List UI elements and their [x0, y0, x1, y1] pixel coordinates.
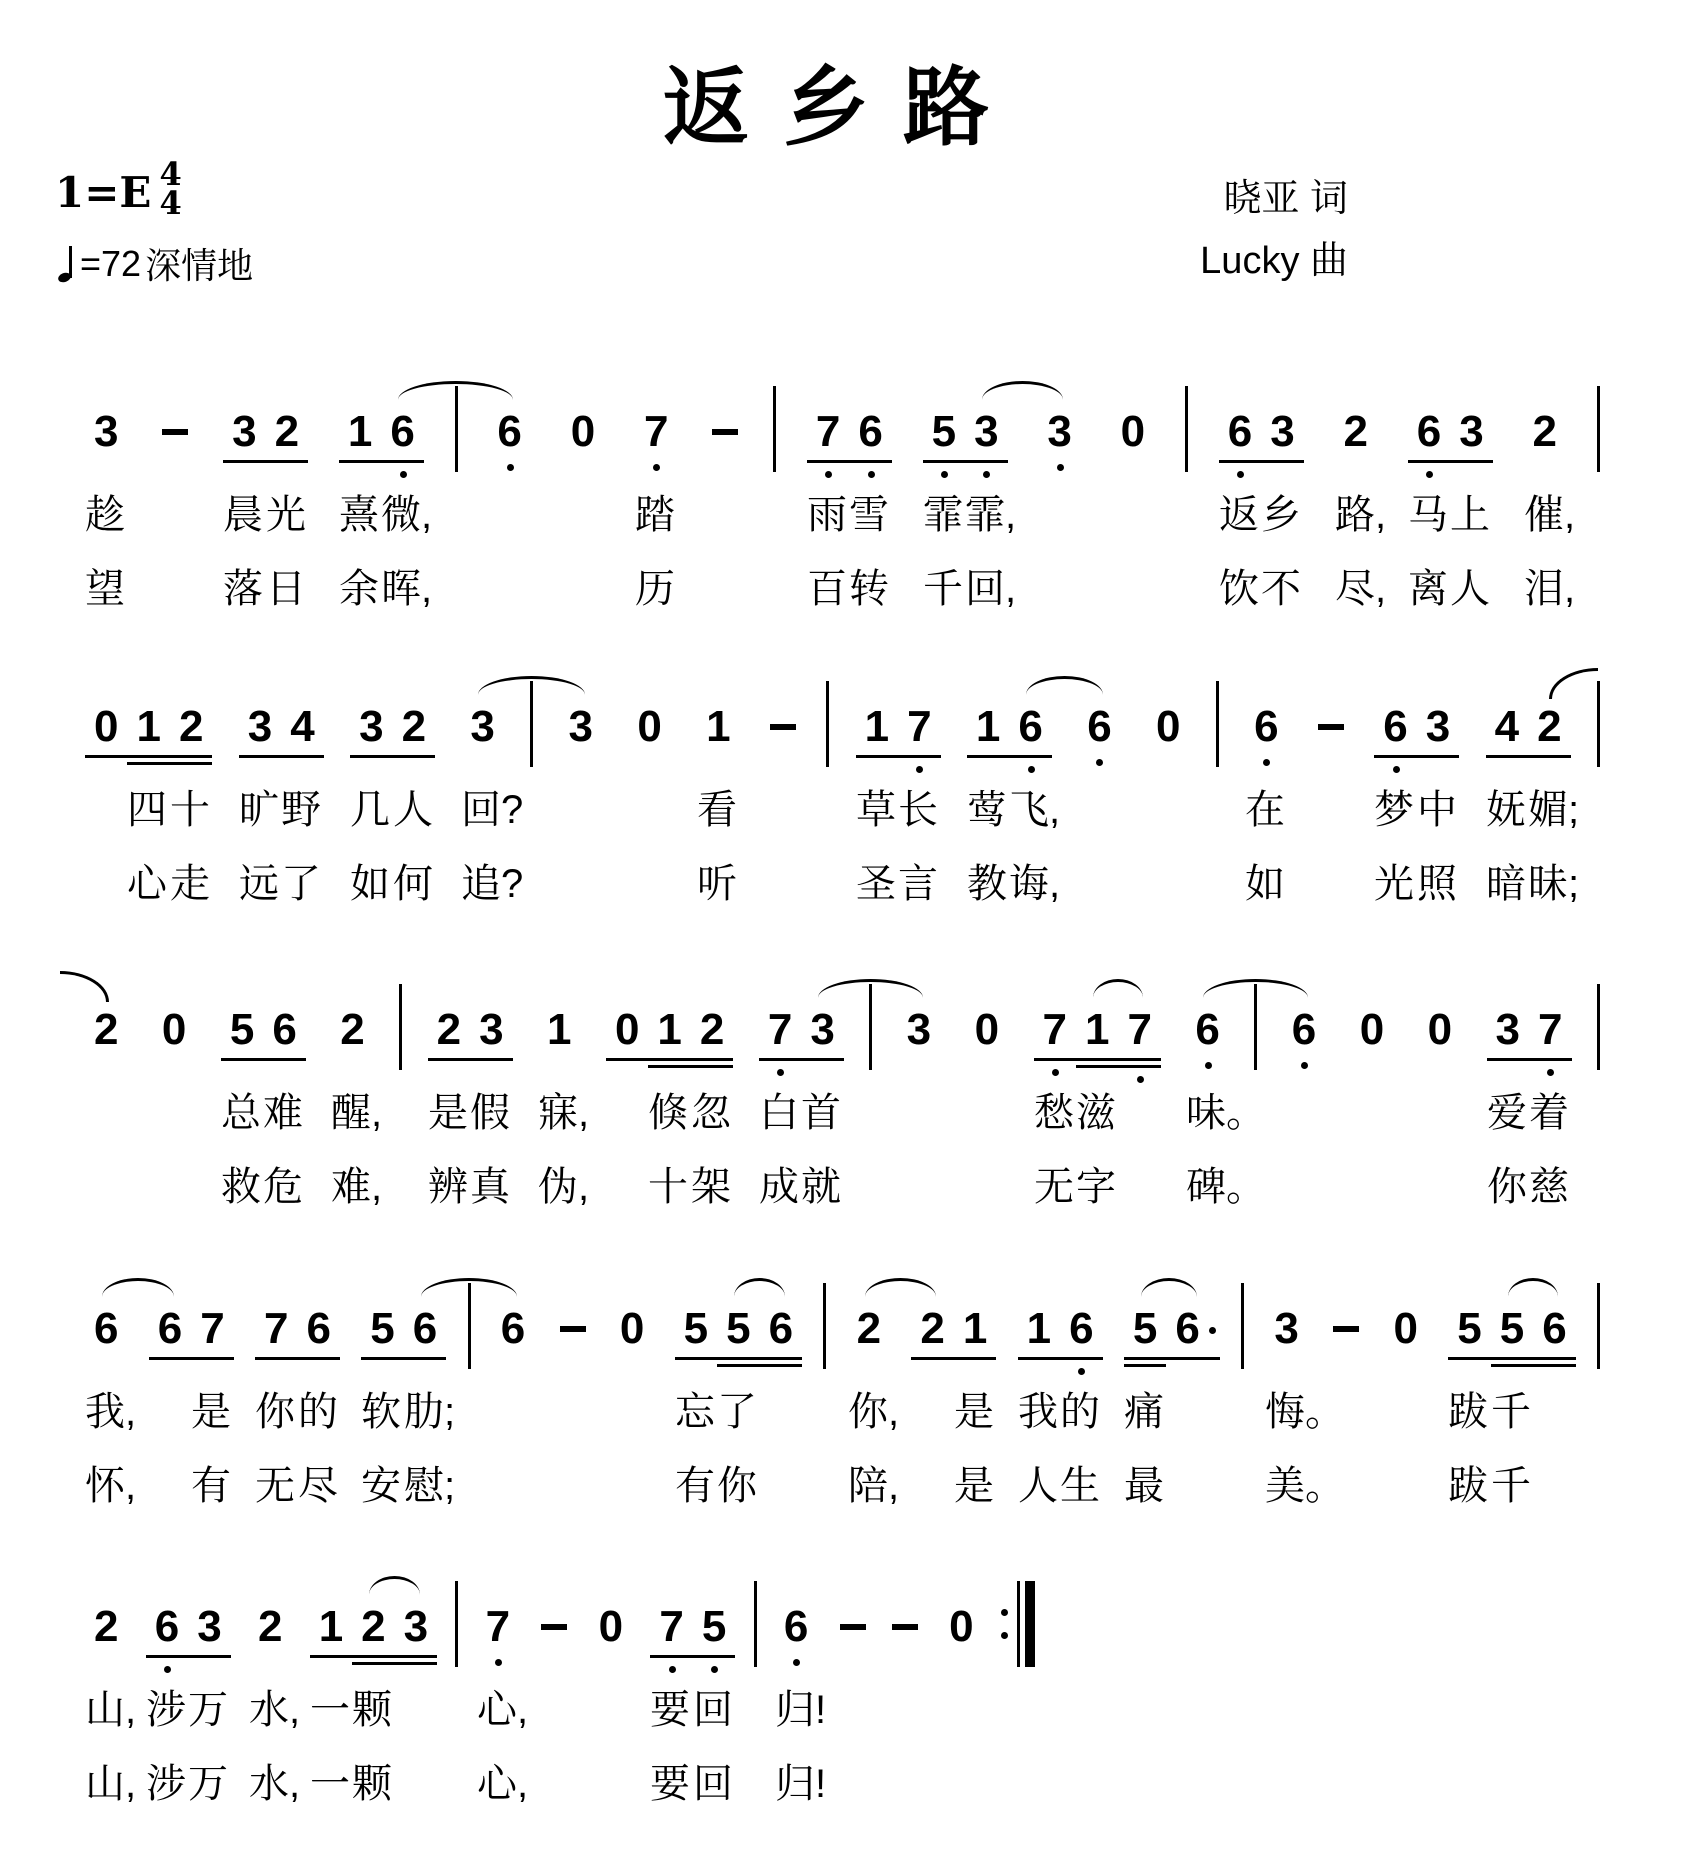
beam-underline — [223, 460, 265, 463]
slur-arc — [1508, 1278, 1558, 1307]
note-digit: 0 — [94, 702, 118, 751]
lyric-syllable-verse2: 无 — [255, 1454, 295, 1511]
lyric-syllable-verse2: 慈 — [1529, 1155, 1569, 1212]
music-system: 667765660556221165630556我,怀,是有你无的尽软安肋;慰;… — [85, 1260, 1600, 1560]
note-cell: 5 — [1124, 1305, 1166, 1353]
note-digit: 6 — [1383, 702, 1407, 751]
beam-underline — [1533, 1364, 1575, 1367]
note-cell: 6 — [1186, 1006, 1228, 1054]
note-digit: 1 — [865, 702, 889, 751]
note-digit: 3 — [1459, 407, 1483, 456]
lyric-syllable-verse2: 心 — [127, 852, 167, 909]
lyric-syllable-verse1: 微, — [381, 483, 432, 540]
lyric-syllable-verse2: 难, — [331, 1155, 382, 1212]
note-cell: 2 — [85, 1006, 127, 1054]
slur-arc — [1093, 979, 1143, 1008]
beam-group: 63 — [146, 1603, 231, 1651]
beam-group: 23 — [428, 1006, 513, 1054]
beam-underline — [760, 1364, 802, 1367]
lyric-syllable-verse1: 晨 — [223, 483, 263, 540]
lyric-syllable-verse1: 你 — [255, 1380, 295, 1437]
note-cell: 0 — [606, 1006, 648, 1054]
note-digit: 2 — [1344, 407, 1368, 456]
low-octave-dot — [1052, 1069, 1059, 1076]
lyric-syllable-verse2: 教 — [967, 852, 1007, 909]
note-cell: 0 — [1384, 1305, 1426, 1353]
note-cell: 6 — [1533, 1305, 1575, 1353]
lyric-syllable-verse1: 归! — [775, 1678, 826, 1735]
beam-underline — [1076, 1058, 1118, 1061]
note-cell: 2 — [428, 1006, 470, 1054]
note-digit: 1 — [1027, 1304, 1051, 1353]
note-cell: 2 — [170, 703, 212, 751]
note-digit: 3 — [1047, 407, 1071, 456]
note-digit: 3 — [1274, 1304, 1298, 1353]
note-row: 205622310127330717660037 — [85, 1006, 1600, 1084]
beam-group: 16 — [339, 408, 424, 456]
note-digit: 2 — [700, 1005, 724, 1054]
lyric-syllable-verse2: 归! — [775, 1752, 826, 1809]
note-cell: 6 — [146, 1603, 188, 1651]
note-cell: 3 — [85, 408, 127, 456]
repeat-end-barline — [1001, 1581, 1035, 1667]
note-digit: 1 — [1085, 1005, 1109, 1054]
lyric-syllable-verse2: 陪, — [848, 1454, 899, 1511]
low-octave-dot — [400, 471, 407, 478]
note-digit: 3 — [404, 1602, 428, 1651]
lyric-syllable-verse1: 千 — [1491, 1380, 1531, 1437]
lyric-syllable-verse2: 听 — [697, 852, 737, 909]
lyric-syllable-verse2: 真 — [470, 1155, 510, 1212]
note-cell: 3 — [801, 1006, 843, 1054]
meter-denominator: 4 — [159, 189, 181, 218]
beam-underline — [1374, 755, 1416, 758]
composer: Lucky 曲 — [1200, 230, 1348, 292]
lyric-syllable-verse2: 涉 — [146, 1752, 186, 1809]
beam-underline — [923, 460, 965, 463]
slur-arc — [1141, 1278, 1197, 1307]
barline — [773, 386, 776, 472]
note-cell: 6 — [492, 1305, 534, 1353]
barline — [455, 1581, 458, 1667]
lyric-syllable-verse2: 千 — [1491, 1454, 1531, 1511]
duration-dash — [888, 1603, 922, 1630]
note-cell: 2 — [331, 1006, 373, 1054]
note-digit: 3 — [569, 702, 593, 751]
beam-underline — [127, 762, 169, 765]
beam-underline — [1219, 460, 1261, 463]
barline — [1241, 1283, 1244, 1369]
note-digit: 2 — [94, 1005, 118, 1054]
lyric-syllable-verse2: 要 — [650, 1752, 690, 1809]
lyric-syllable-verse2: 回, — [965, 557, 1016, 614]
note-digit: 1 — [319, 1602, 343, 1651]
beam-underline — [1491, 1357, 1533, 1360]
note-cell: 7 — [477, 1603, 519, 1651]
beam-underline — [127, 755, 169, 758]
note-cell: 0 — [611, 1305, 653, 1353]
note-cell: 1 — [856, 703, 898, 751]
lyric-syllable-verse1: 忘 — [675, 1380, 715, 1437]
note-cell: 5 — [1448, 1305, 1490, 1353]
note-digit: 3 — [974, 407, 998, 456]
note-cell: 1 — [310, 1603, 352, 1651]
note-digit: 2 — [179, 702, 203, 751]
low-octave-dot — [793, 1659, 800, 1666]
note-cell: 5 — [675, 1305, 717, 1353]
note-digit: 6 — [1087, 702, 1111, 751]
note-digit: 1 — [963, 1304, 987, 1353]
lyric-syllable-verse2: 碑。 — [1186, 1155, 1266, 1212]
note-cell: 2 — [691, 1006, 733, 1054]
note-cell: 0 — [940, 1603, 982, 1651]
lyric-syllable-verse1: 雨 — [807, 483, 847, 540]
slur-arc — [818, 979, 923, 1008]
note-cell: 0 — [153, 1006, 195, 1054]
lyric-syllable-verse1: 难 — [263, 1081, 303, 1138]
note-digit: 6 — [1254, 702, 1278, 751]
beam-underline — [1166, 1357, 1219, 1360]
note-cell: 7 — [1118, 1006, 1160, 1054]
barline — [1597, 984, 1600, 1070]
beam-underline — [1448, 1357, 1490, 1360]
note-cell: 3 — [1450, 408, 1492, 456]
note-cell: 6 — [1009, 703, 1051, 751]
note-cell: 1 — [648, 1006, 690, 1054]
note-cell: 3 — [188, 1603, 230, 1651]
beam-underline — [675, 1357, 717, 1360]
note-digit: 6 — [769, 1304, 793, 1353]
note-digit: 3 — [470, 702, 494, 751]
beam-underline — [801, 1058, 843, 1061]
low-octave-dot — [1393, 766, 1400, 773]
lyric-syllable-verse1: 中 — [1417, 778, 1457, 835]
note-cell: 1 — [967, 703, 1009, 751]
lyric-syllable-verse1: 上 — [1450, 483, 1490, 540]
beam-underline — [191, 1357, 233, 1360]
lyric-syllable-verse2: 不 — [1261, 557, 1301, 614]
beam-underline — [1533, 1357, 1575, 1360]
lyric-syllable-verse1: 软 — [361, 1380, 401, 1437]
note-cell: 7 — [191, 1305, 233, 1353]
lyric-syllable-verse2: 转 — [849, 557, 889, 614]
slur-arc — [398, 381, 513, 410]
note-digit: 6 — [1292, 1005, 1316, 1054]
lyric-syllable-verse1: 霏 — [923, 483, 963, 540]
note-cell: 5 — [361, 1305, 403, 1353]
note-cell: 3 — [965, 408, 1007, 456]
note-digit: 6 — [1195, 1005, 1219, 1054]
note-cell: 0 — [1112, 408, 1154, 456]
note-digit: 7 — [768, 1005, 792, 1054]
lyric-syllable-verse1: 返 — [1219, 483, 1259, 540]
tie-continuation-out — [1549, 668, 1598, 699]
beam-group: 34 — [239, 703, 324, 751]
beam-group: 63 — [1374, 703, 1459, 751]
beam-underline — [759, 1058, 801, 1061]
lyric-syllable-verse1: 涉 — [146, 1678, 186, 1735]
beam-underline — [266, 460, 308, 463]
beam-group: 123 — [310, 1603, 437, 1651]
lyric-syllable-verse1: 莺 — [967, 778, 1007, 835]
note-cell: 5 — [221, 1006, 263, 1054]
beam-underline — [1487, 1058, 1529, 1061]
lyric-syllable-verse1: 水, — [249, 1678, 300, 1735]
note-cell: 2 — [352, 1603, 394, 1651]
note-cell: 2 — [266, 408, 308, 456]
lyricist: 晓亚 词 — [1200, 168, 1348, 230]
low-octave-dot — [1137, 1076, 1144, 1083]
beam-underline — [691, 1065, 733, 1068]
beam-group: 76 — [807, 408, 892, 456]
note-digit: 0 — [1156, 702, 1180, 751]
slur-arc — [478, 676, 585, 705]
beam-underline — [954, 1357, 996, 1360]
lyric-syllable-verse1: 颗 — [352, 1678, 392, 1735]
note-cell: 3 — [898, 1006, 940, 1054]
note-cell: 7 — [635, 408, 677, 456]
lyric-syllable-verse1: 的 — [298, 1380, 338, 1437]
beam-group: 63 — [1408, 408, 1493, 456]
note-cell: 6 — [1166, 1305, 1219, 1353]
note-cell: 7 — [1034, 1006, 1076, 1054]
lyric-syllable-verse2: 离 — [1408, 557, 1448, 614]
expression-text: 深情地 — [145, 238, 253, 289]
lyric-syllable-verse1: 踏 — [635, 483, 675, 540]
tie-continuation-in — [60, 971, 109, 1002]
note-digit: 1 — [976, 702, 1000, 751]
note-digit: 2 — [94, 1602, 118, 1651]
low-octave-dot — [1547, 1069, 1554, 1076]
note-digit: 6 — [1018, 702, 1042, 751]
note-digit: 6 — [307, 1304, 331, 1353]
beam-underline — [849, 460, 891, 463]
slur-arc — [1203, 979, 1308, 1008]
slur-arc — [369, 1576, 420, 1605]
lyric-syllable-verse1: 催, — [1524, 483, 1575, 540]
note-cell: 3 — [1487, 1006, 1529, 1054]
note-cell: 3 — [239, 703, 281, 751]
beam-group: 42 — [1486, 703, 1571, 751]
beam-group: 53 — [923, 408, 1008, 456]
note-digit: 2 — [258, 1602, 282, 1651]
lyric-syllable-verse2: 危 — [263, 1155, 303, 1212]
note-cell: 1 — [1018, 1305, 1060, 1353]
note-digit: 3 — [1426, 702, 1450, 751]
beam-group: 56 — [361, 1305, 446, 1353]
low-octave-dot — [507, 464, 514, 471]
beam-underline — [807, 460, 849, 463]
barline — [1597, 386, 1600, 472]
tempo-value: =72 — [80, 243, 141, 285]
beam-group: 56 — [221, 1006, 306, 1054]
note-digit: 1 — [136, 702, 160, 751]
note-digit: 0 — [637, 702, 661, 751]
barline — [399, 984, 402, 1070]
lyric-syllable-verse2: 追? — [461, 852, 523, 909]
note-digit: 6 — [155, 1602, 179, 1651]
beam-underline — [170, 762, 212, 765]
lyric-syllable-verse2: 泪, — [1524, 557, 1575, 614]
note-cell: 0 — [1419, 1006, 1461, 1054]
note-digit: 5 — [684, 1304, 708, 1353]
lyric-syllable-verse1: 寐, — [538, 1081, 589, 1138]
note-digit: 5 — [1457, 1304, 1481, 1353]
lyric-syllable-verse1: 是 — [954, 1380, 994, 1437]
note-digit: 6 — [94, 1304, 118, 1353]
duration-dash — [1314, 703, 1348, 730]
beam-underline — [255, 1357, 297, 1360]
music-system: 205622310127330717660037总救难危醒,难,是辨假真寐,伪,… — [85, 961, 1600, 1261]
note-digit: 0 — [615, 1005, 639, 1054]
lyric-syllable-verse1: 我, — [85, 1380, 136, 1437]
note-cell: 5 — [1491, 1305, 1533, 1353]
song-title: 返乡路 — [0, 38, 1686, 162]
lyric-syllable-verse1: 路, — [1335, 483, 1386, 540]
note-digit: 7 — [1043, 1005, 1067, 1054]
lyric-syllable-verse1: 媚; — [1528, 778, 1579, 835]
repeat-dot — [1001, 1632, 1008, 1639]
barline — [1216, 681, 1219, 767]
note-digit: 5 — [932, 407, 956, 456]
note-digit: 0 — [1428, 1005, 1452, 1054]
note-digit: 0 — [620, 1304, 644, 1353]
beam-group: 75 — [650, 1603, 735, 1651]
note-cell: 0 — [562, 408, 604, 456]
beam-underline — [428, 1058, 470, 1061]
beam-underline — [1009, 755, 1051, 758]
beam-underline — [1118, 1058, 1160, 1061]
lyric-syllable-verse1: 倏 — [648, 1081, 688, 1138]
lyric-syllable-verse2: 百 — [807, 557, 847, 614]
barline — [1185, 386, 1188, 472]
music-system: 2632123707560山,山,涉涉万万水,水,一一颗颗心,心,要要回回归!归… — [85, 1558, 1035, 1852]
duration-dash — [708, 408, 742, 435]
lyric-syllable-verse2: 历 — [635, 557, 675, 614]
note-cell: 6 — [1408, 408, 1450, 456]
lyric-syllable-verse1: 的 — [1060, 1380, 1100, 1437]
note-digit: 3 — [197, 1602, 221, 1651]
note-digit: 3 — [907, 1005, 931, 1054]
credits: 晓亚 词 Lucky 曲 — [1200, 168, 1348, 292]
note-cell: 0 — [1351, 1006, 1393, 1054]
note-cell: 6 — [1245, 703, 1287, 751]
beam-underline — [395, 1655, 437, 1658]
note-cell: 2 — [1528, 703, 1570, 751]
low-octave-dot — [495, 1659, 502, 1666]
beam-underline — [310, 1655, 352, 1658]
beam-underline — [188, 1655, 230, 1658]
beam-group: 556 — [1448, 1305, 1575, 1353]
lyric-syllable-verse2: 诲, — [1009, 852, 1060, 909]
beam-underline — [352, 1662, 394, 1665]
lyric-syllable-verse1: 万 — [188, 1678, 228, 1735]
beam-underline — [393, 755, 435, 758]
note-cell: 5 — [693, 1603, 735, 1651]
beam-underline — [1417, 755, 1459, 758]
lyric-syllable-verse2: 成 — [759, 1155, 799, 1212]
beam-underline — [85, 755, 127, 758]
note-digit: 2 — [1533, 407, 1557, 456]
note-digit: 7 — [486, 1602, 510, 1651]
beam-underline — [1124, 1357, 1166, 1360]
note-digit: 0 — [162, 1005, 186, 1054]
beam-group: 012 — [85, 703, 212, 751]
beam-underline — [1261, 460, 1303, 463]
augmentation-dot — [1209, 1327, 1216, 1334]
note-cell: 6 — [149, 1305, 191, 1353]
note-cell: 7 — [255, 1305, 297, 1353]
note-cell: 6 — [488, 408, 530, 456]
beam-underline — [298, 1357, 340, 1360]
note-cell: 3 — [470, 1006, 512, 1054]
beam-underline — [965, 460, 1007, 463]
note-row: 667765660556221165630556 — [85, 1305, 1600, 1383]
lyric-syllable-verse2: 昧; — [1528, 852, 1579, 909]
note-cell: 1 — [697, 703, 739, 751]
beam-group: 16 — [1018, 1305, 1103, 1353]
note-cell: 6 — [1283, 1006, 1325, 1054]
note-digit: 3 — [248, 702, 272, 751]
note-digit: 3 — [479, 1005, 503, 1054]
beam-underline — [395, 1662, 437, 1665]
note-cell: 0 — [85, 703, 127, 751]
note-digit: 7 — [907, 702, 931, 751]
beam-group: 56 — [1124, 1305, 1220, 1353]
lyric-syllable-verse1: 熹 — [339, 483, 379, 540]
lyric-syllable-verse2: 远 — [239, 852, 279, 909]
lyric-syllable-verse1: 忽 — [691, 1081, 731, 1138]
lyric-syllable-verse1: 心, — [477, 1678, 528, 1735]
lyric-syllable-verse1: 山, — [85, 1678, 136, 1735]
lyric-syllable-verse2: 日 — [266, 557, 306, 614]
lyric-syllable-verse2: 千 — [923, 557, 963, 614]
note-digit: 2 — [437, 1005, 461, 1054]
note-digit: 2 — [275, 407, 299, 456]
lyric-syllable-verse1: 在 — [1245, 778, 1285, 835]
lyric-syllable-verse1: 味。 — [1186, 1081, 1266, 1138]
note-cell: 0 — [966, 1006, 1008, 1054]
beam-group: 63 — [1219, 408, 1304, 456]
lyric-syllable-verse1: 看 — [697, 778, 737, 835]
slur-arc — [102, 1278, 174, 1307]
lyric-syllable-verse1: 趁 — [85, 483, 125, 540]
note-cell: 0 — [628, 703, 670, 751]
lyric-syllable-verse2: 圣 — [856, 852, 896, 909]
lyric-syllable-verse1: 你, — [848, 1380, 899, 1437]
beam-underline — [691, 1058, 733, 1061]
note-digit: 1 — [706, 702, 730, 751]
lyric-syllable-verse1: 乡 — [1261, 483, 1301, 540]
beam-group: 717 — [1034, 1006, 1161, 1054]
note-digit: 2 — [1537, 702, 1561, 751]
lyric-syllable-verse2: 安 — [361, 1454, 401, 1511]
note-cell: 3 — [223, 408, 265, 456]
note-digit: 7 — [1127, 1005, 1151, 1054]
low-octave-dot — [983, 471, 990, 478]
lyric-syllable-verse1: 人 — [393, 778, 433, 835]
key-signature: 1=E 4 4 — [55, 168, 182, 218]
note-cell: 2 — [1524, 408, 1566, 456]
beam-group: 21 — [911, 1305, 996, 1353]
quarter-note-icon — [58, 243, 76, 285]
note-digit: 6 — [501, 1304, 525, 1353]
note-digit: 3 — [232, 407, 256, 456]
lyric-syllable-verse2: 言 — [898, 852, 938, 909]
lyric-syllable-verse2: 一 — [310, 1752, 350, 1809]
beam-underline — [470, 1058, 512, 1061]
beam-underline — [648, 1058, 690, 1061]
